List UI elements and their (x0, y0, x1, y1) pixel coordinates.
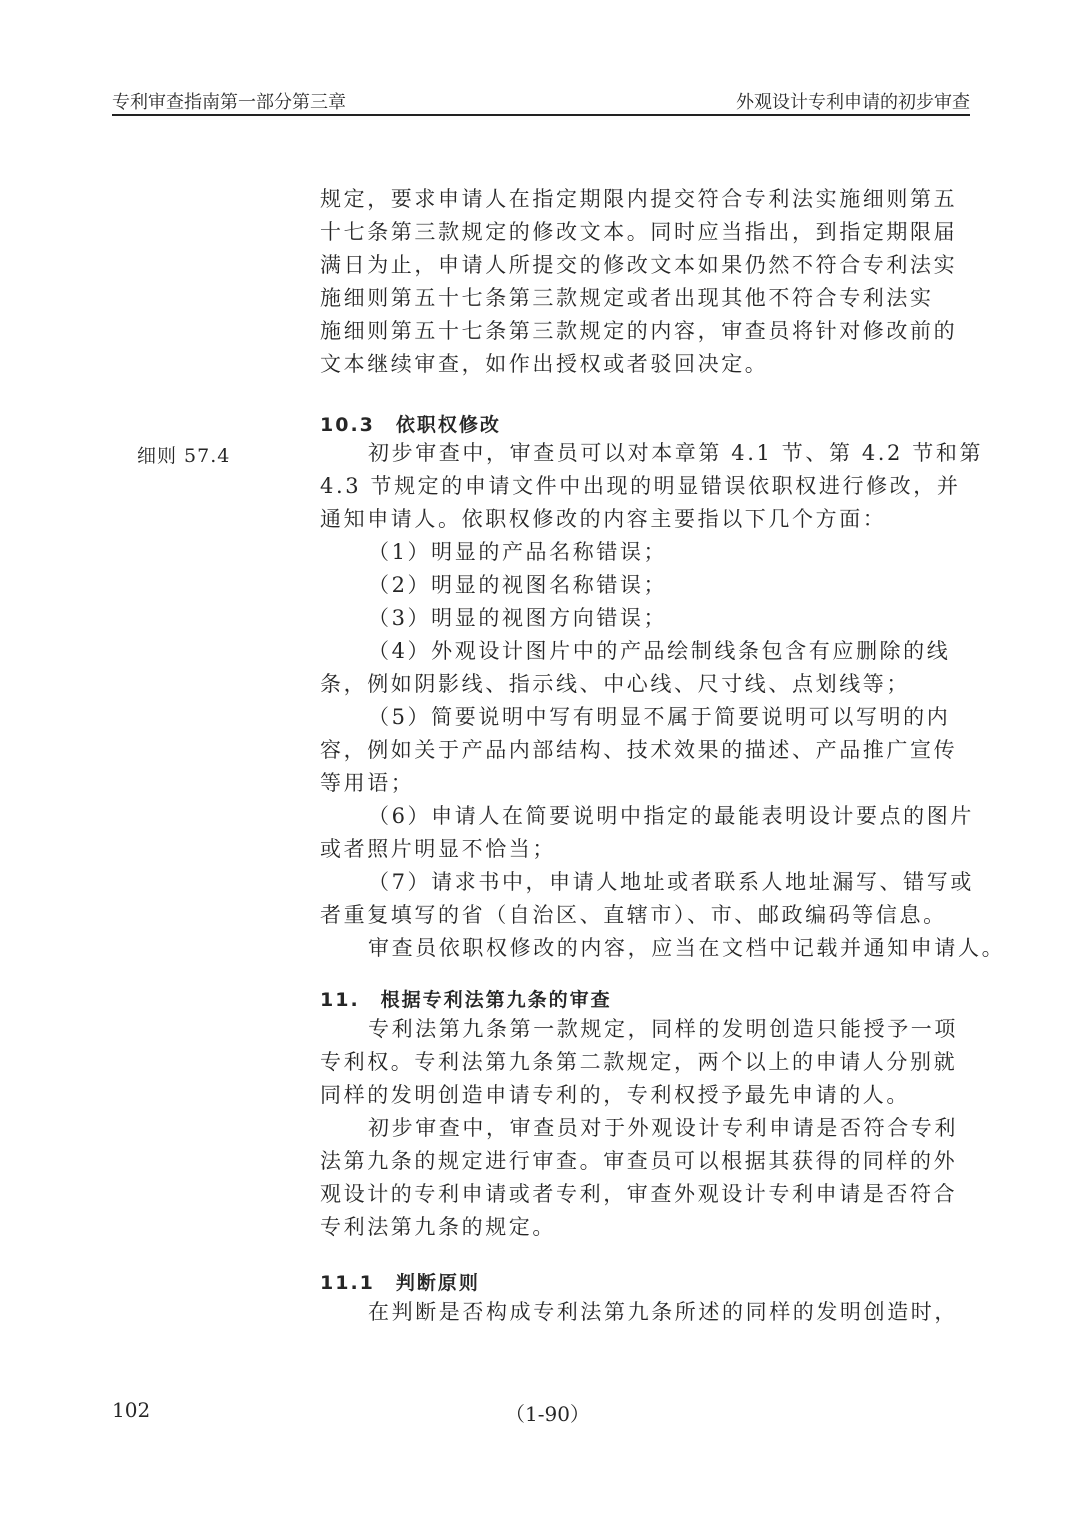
section-page-code: （1-90） (505, 1398, 590, 1427)
text-line: 文本继续审查，如作出授权或者驳回决定。 (320, 348, 968, 381)
text-line: 专利权。专利法第九条第二款规定，两个以上的申请人分别就 (320, 1046, 968, 1079)
section-heading-11-1: 11.1 判断原则 (320, 1268, 480, 1295)
text-line: 在判断是否构成专利法第九条所述的同样的发明创造时， (320, 1296, 968, 1329)
text-line: 同样的发明创造申请专利的，专利权授予最先申请的人。 (320, 1079, 968, 1112)
list-item: （7）请求书中，申请人地址或者联系人地址漏写、错写或 (320, 866, 968, 899)
text-line: 等用语； (320, 767, 968, 800)
text-line: 4.3 节规定的申请文件中出现的明显错误依职权进行修改，并 (320, 470, 968, 503)
text-line: 审查员依职权修改的内容，应当在文档中记载并通知申请人。 (320, 932, 968, 965)
text-line: 通知申请人。依职权修改的内容主要指以下几个方面： (320, 503, 968, 536)
list-item: （5）简要说明中写有明显不属于简要说明可以写明的内 (320, 701, 968, 734)
running-header: 专利审查指南第一部分第三章 外观设计专利申请的初步审查 (112, 84, 970, 116)
section-11-body: 专利法第九条第一款规定，同样的发明创造只能授予一项 专利权。专利法第九条第二款规… (320, 1013, 968, 1244)
text-line: 专利法第九条的规定。 (320, 1211, 968, 1244)
page-number: 102 (112, 1398, 150, 1422)
text-line: 规定，要求申请人在指定期限内提交符合专利法实施细则第五 (320, 183, 968, 216)
section-heading-11: 11. 根据专利法第九条的审查 (320, 985, 612, 1012)
section-10-3-body: 初步审查中，审查员可以对本章第 4.1 节、第 4.2 节和第 4.3 节规定的… (320, 437, 968, 965)
text-line: 施细则第五十七条第三款规定的内容，审查员将针对修改前的 (320, 315, 968, 348)
header-section-title: 外观设计专利申请的初步审查 (736, 88, 970, 114)
text-line: 十七条第三款规定的修改文本。同时应当指出，到指定期限届 (320, 216, 968, 249)
list-item: （2）明显的视图名称错误； (320, 569, 968, 602)
list-item: （1）明显的产品名称错误； (320, 536, 968, 569)
text-line: 或者照片明显不恰当； (320, 833, 968, 866)
text-line: 容，例如关于产品内部结构、技术效果的描述、产品推广宣传 (320, 734, 968, 767)
section-11-1-body: 在判断是否构成专利法第九条所述的同样的发明创造时， (320, 1296, 968, 1329)
paragraph-continuation: 规定，要求申请人在指定期限内提交符合专利法实施细则第五 十七条第三款规定的修改文… (320, 183, 968, 381)
text-line: 者重复填写的省（自治区、直辖市）、市、邮政编码等信息。 (320, 899, 968, 932)
text-line: 条，例如阴影线、指示线、中心线、尺寸线、点划线等； (320, 668, 968, 701)
list-item: （3）明显的视图方向错误； (320, 602, 968, 635)
text-line: 施细则第五十七条第三款规定或者出现其他不符合专利法实 (320, 282, 968, 315)
text-line: 法第九条的规定进行审查。审查员可以根据其获得的同样的外 (320, 1145, 968, 1178)
header-chapter-title: 专利审查指南第一部分第三章 (112, 88, 346, 114)
text-line: 专利法第九条第一款规定，同样的发明创造只能授予一项 (320, 1013, 968, 1046)
list-item: （6）申请人在简要说明中指定的最能表明设计要点的图片 (320, 800, 968, 833)
list-item: （4）外观设计图片中的产品绘制线条包含有应删除的线 (320, 635, 968, 668)
text-line: 观设计的专利申请或者专利，审查外观设计专利申请是否符合 (320, 1178, 968, 1211)
text-line: 初步审查中，审查员对于外观设计专利申请是否符合专利 (320, 1112, 968, 1145)
margin-note-rule-reference: 细则 57.4 (137, 441, 230, 468)
text-line: 满日为止，申请人所提交的修改文本如果仍然不符合专利法实 (320, 249, 968, 282)
text-line: 初步审查中，审查员可以对本章第 4.1 节、第 4.2 节和第 (320, 437, 968, 470)
section-heading-10-3: 10.3 依职权修改 (320, 410, 501, 437)
